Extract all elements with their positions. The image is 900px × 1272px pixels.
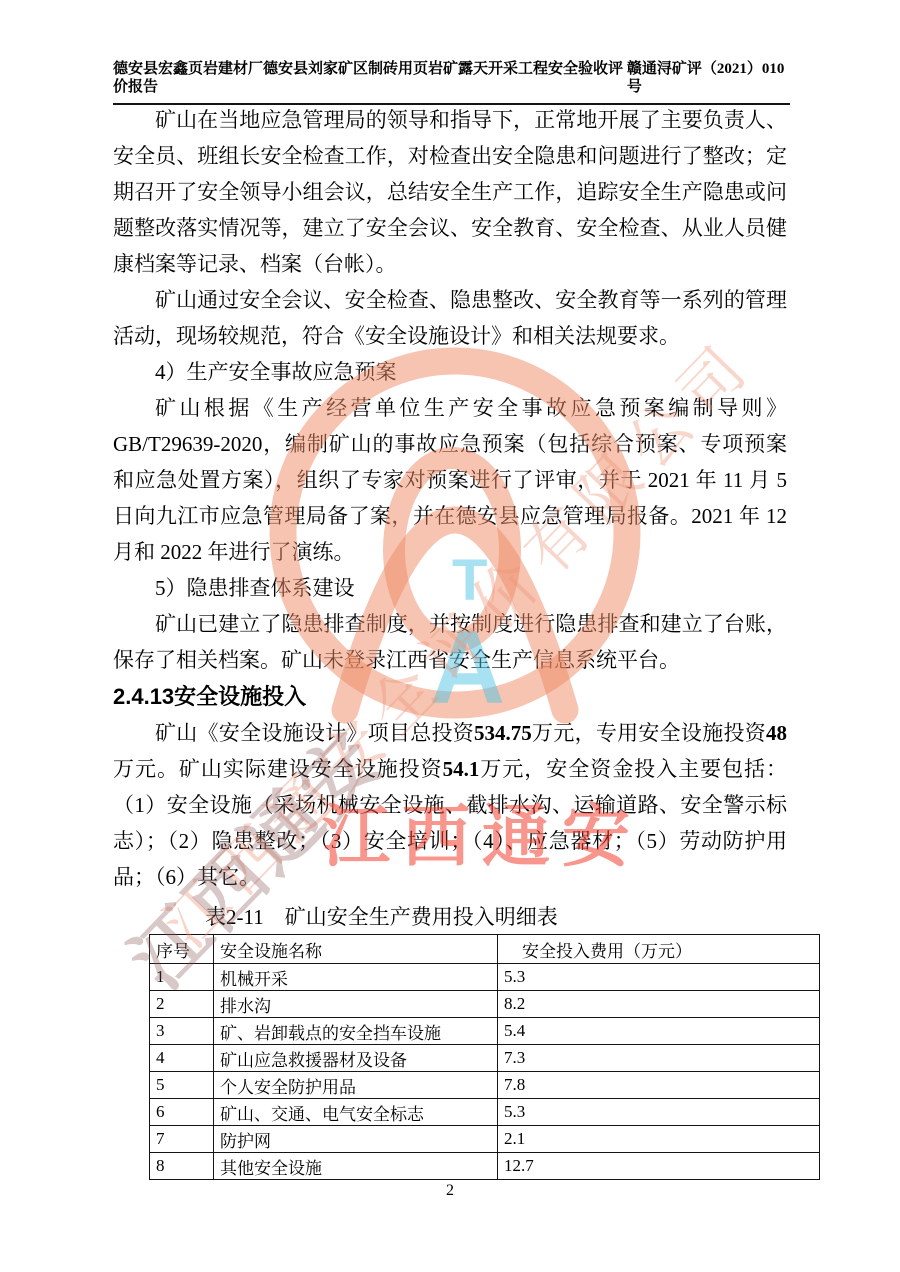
text-segment: 矿山《安全设施设计》项目总投资: [155, 721, 474, 745]
cell-investment-cost: 5.3: [498, 964, 820, 991]
section-heading-2-4-13: 2.4.13安全设施投入: [113, 678, 787, 715]
safety-cost-table: 序号 安全设施名称 安全投入费用（万元） 1机械开采5.32排水沟8.23矿、岩…: [149, 934, 820, 1180]
cell-index: 3: [150, 1018, 214, 1045]
cell-investment-cost: 7.8: [498, 1072, 820, 1099]
cell-index: 5: [150, 1072, 214, 1099]
text-segment: 万元，专用安全设施投资: [532, 721, 766, 745]
table-row: 6矿山、交通、电气安全标志5.3: [150, 1099, 820, 1126]
cell-investment-cost: 2.1: [498, 1126, 820, 1153]
table-header-row: 序号 安全设施名称 安全投入费用（万元）: [150, 935, 820, 964]
table-row: 4矿山应急救援器材及设备7.3: [150, 1045, 820, 1072]
report-header: 德安县宏鑫页岩建材厂德安县刘家矿区制砖用页岩矿露天开采工程安全验收评价报告 赣通…: [113, 60, 790, 105]
table-row: 5个人安全防护用品7.8: [150, 1072, 820, 1099]
table-row: 3矿、岩卸载点的安全挡车设施5.4: [150, 1018, 820, 1045]
document-content: 矿山在当地应急管理局的领导和指导下，正常地开展了主要负责人、安全员、班组长安全检…: [113, 102, 787, 1180]
cell-investment-cost: 5.3: [498, 1099, 820, 1126]
cell-index: 6: [150, 1099, 214, 1126]
cell-facility-name: 矿、岩卸载点的安全挡车设施: [214, 1018, 498, 1045]
cell-investment-cost: 5.4: [498, 1018, 820, 1045]
column-header-index: 序号: [150, 935, 214, 964]
cell-index: 4: [150, 1045, 214, 1072]
cell-facility-name: 排水沟: [214, 991, 498, 1018]
table-row: 1机械开采5.3: [150, 964, 820, 991]
table-row: 8其他安全设施12.7: [150, 1153, 820, 1180]
cell-facility-name: 矿山应急救援器材及设备: [214, 1045, 498, 1072]
table-row: 2排水沟8.2: [150, 991, 820, 1018]
cell-investment-cost: 12.7: [498, 1153, 820, 1180]
header-doc-number: 赣通浔矿评（2021）010 号: [627, 60, 790, 96]
cell-index: 2: [150, 991, 214, 1018]
cell-facility-name: 机械开采: [214, 964, 498, 991]
cell-index: 8: [150, 1153, 214, 1180]
header-report-title: 德安县宏鑫页岩建材厂德安县刘家矿区制砖用页岩矿露天开采工程安全验收评价报告: [113, 60, 627, 96]
text-segment: 48: [766, 721, 787, 745]
cell-facility-name: 其他安全设施: [214, 1153, 498, 1180]
cell-investment-cost: 7.3: [498, 1045, 820, 1072]
table-body: 1机械开采5.32排水沟8.23矿、岩卸载点的安全挡车设施5.44矿山应急救援器…: [150, 964, 820, 1180]
page-number: 2: [0, 1182, 900, 1200]
column-header-facility-name: 安全设施名称: [214, 935, 498, 964]
text-segment: 534.75: [474, 721, 532, 745]
paragraph-hazard-screening: 矿山已建立了隐患排查制度，并按制度进行隐患排查和建立了台账，保存了相关档案。矿山…: [113, 606, 787, 678]
column-header-investment-cost: 安全投入费用（万元）: [498, 935, 820, 964]
cell-index: 7: [150, 1126, 214, 1153]
table-caption: 表2-11 矿山安全生产费用投入明细表: [205, 902, 787, 932]
table-row: 7防护网2.1: [150, 1126, 820, 1153]
paragraph-safety-investment: 矿山《安全设施设计》项目总投资534.75万元，专用安全设施投资48万元。矿山实…: [113, 715, 787, 895]
paragraph-management-activities: 矿山通过安全会议、安全检查、隐患整改、安全教育等一系列的管理活动，现场较规范，符…: [113, 282, 787, 354]
document-page: 德安县宏鑫页岩建材厂德安县刘家矿区制砖用页岩矿露天开采工程安全验收评价报告 赣通…: [0, 0, 900, 1272]
subsection-heading-hazard-screening: 5）隐患排查体系建设: [113, 570, 787, 606]
cell-facility-name: 个人安全防护用品: [214, 1072, 498, 1099]
cell-facility-name: 矿山、交通、电气安全标志: [214, 1099, 498, 1126]
subsection-heading-emergency-plan: 4）生产安全事故应急预案: [113, 354, 787, 390]
text-segment: 54.1: [443, 757, 480, 781]
cell-facility-name: 防护网: [214, 1126, 498, 1153]
paragraph-safety-inspection: 矿山在当地应急管理局的领导和指导下，正常地开展了主要负责人、安全员、班组长安全检…: [113, 102, 787, 282]
cell-investment-cost: 8.2: [498, 991, 820, 1018]
cell-index: 1: [150, 964, 214, 991]
paragraph-emergency-plan: 矿山根据《生产经营单位生产安全事故应急预案编制导则》GB/T29639-2020…: [113, 390, 787, 570]
text-segment: 万元。矿山实际建设安全设施投资: [113, 757, 443, 781]
